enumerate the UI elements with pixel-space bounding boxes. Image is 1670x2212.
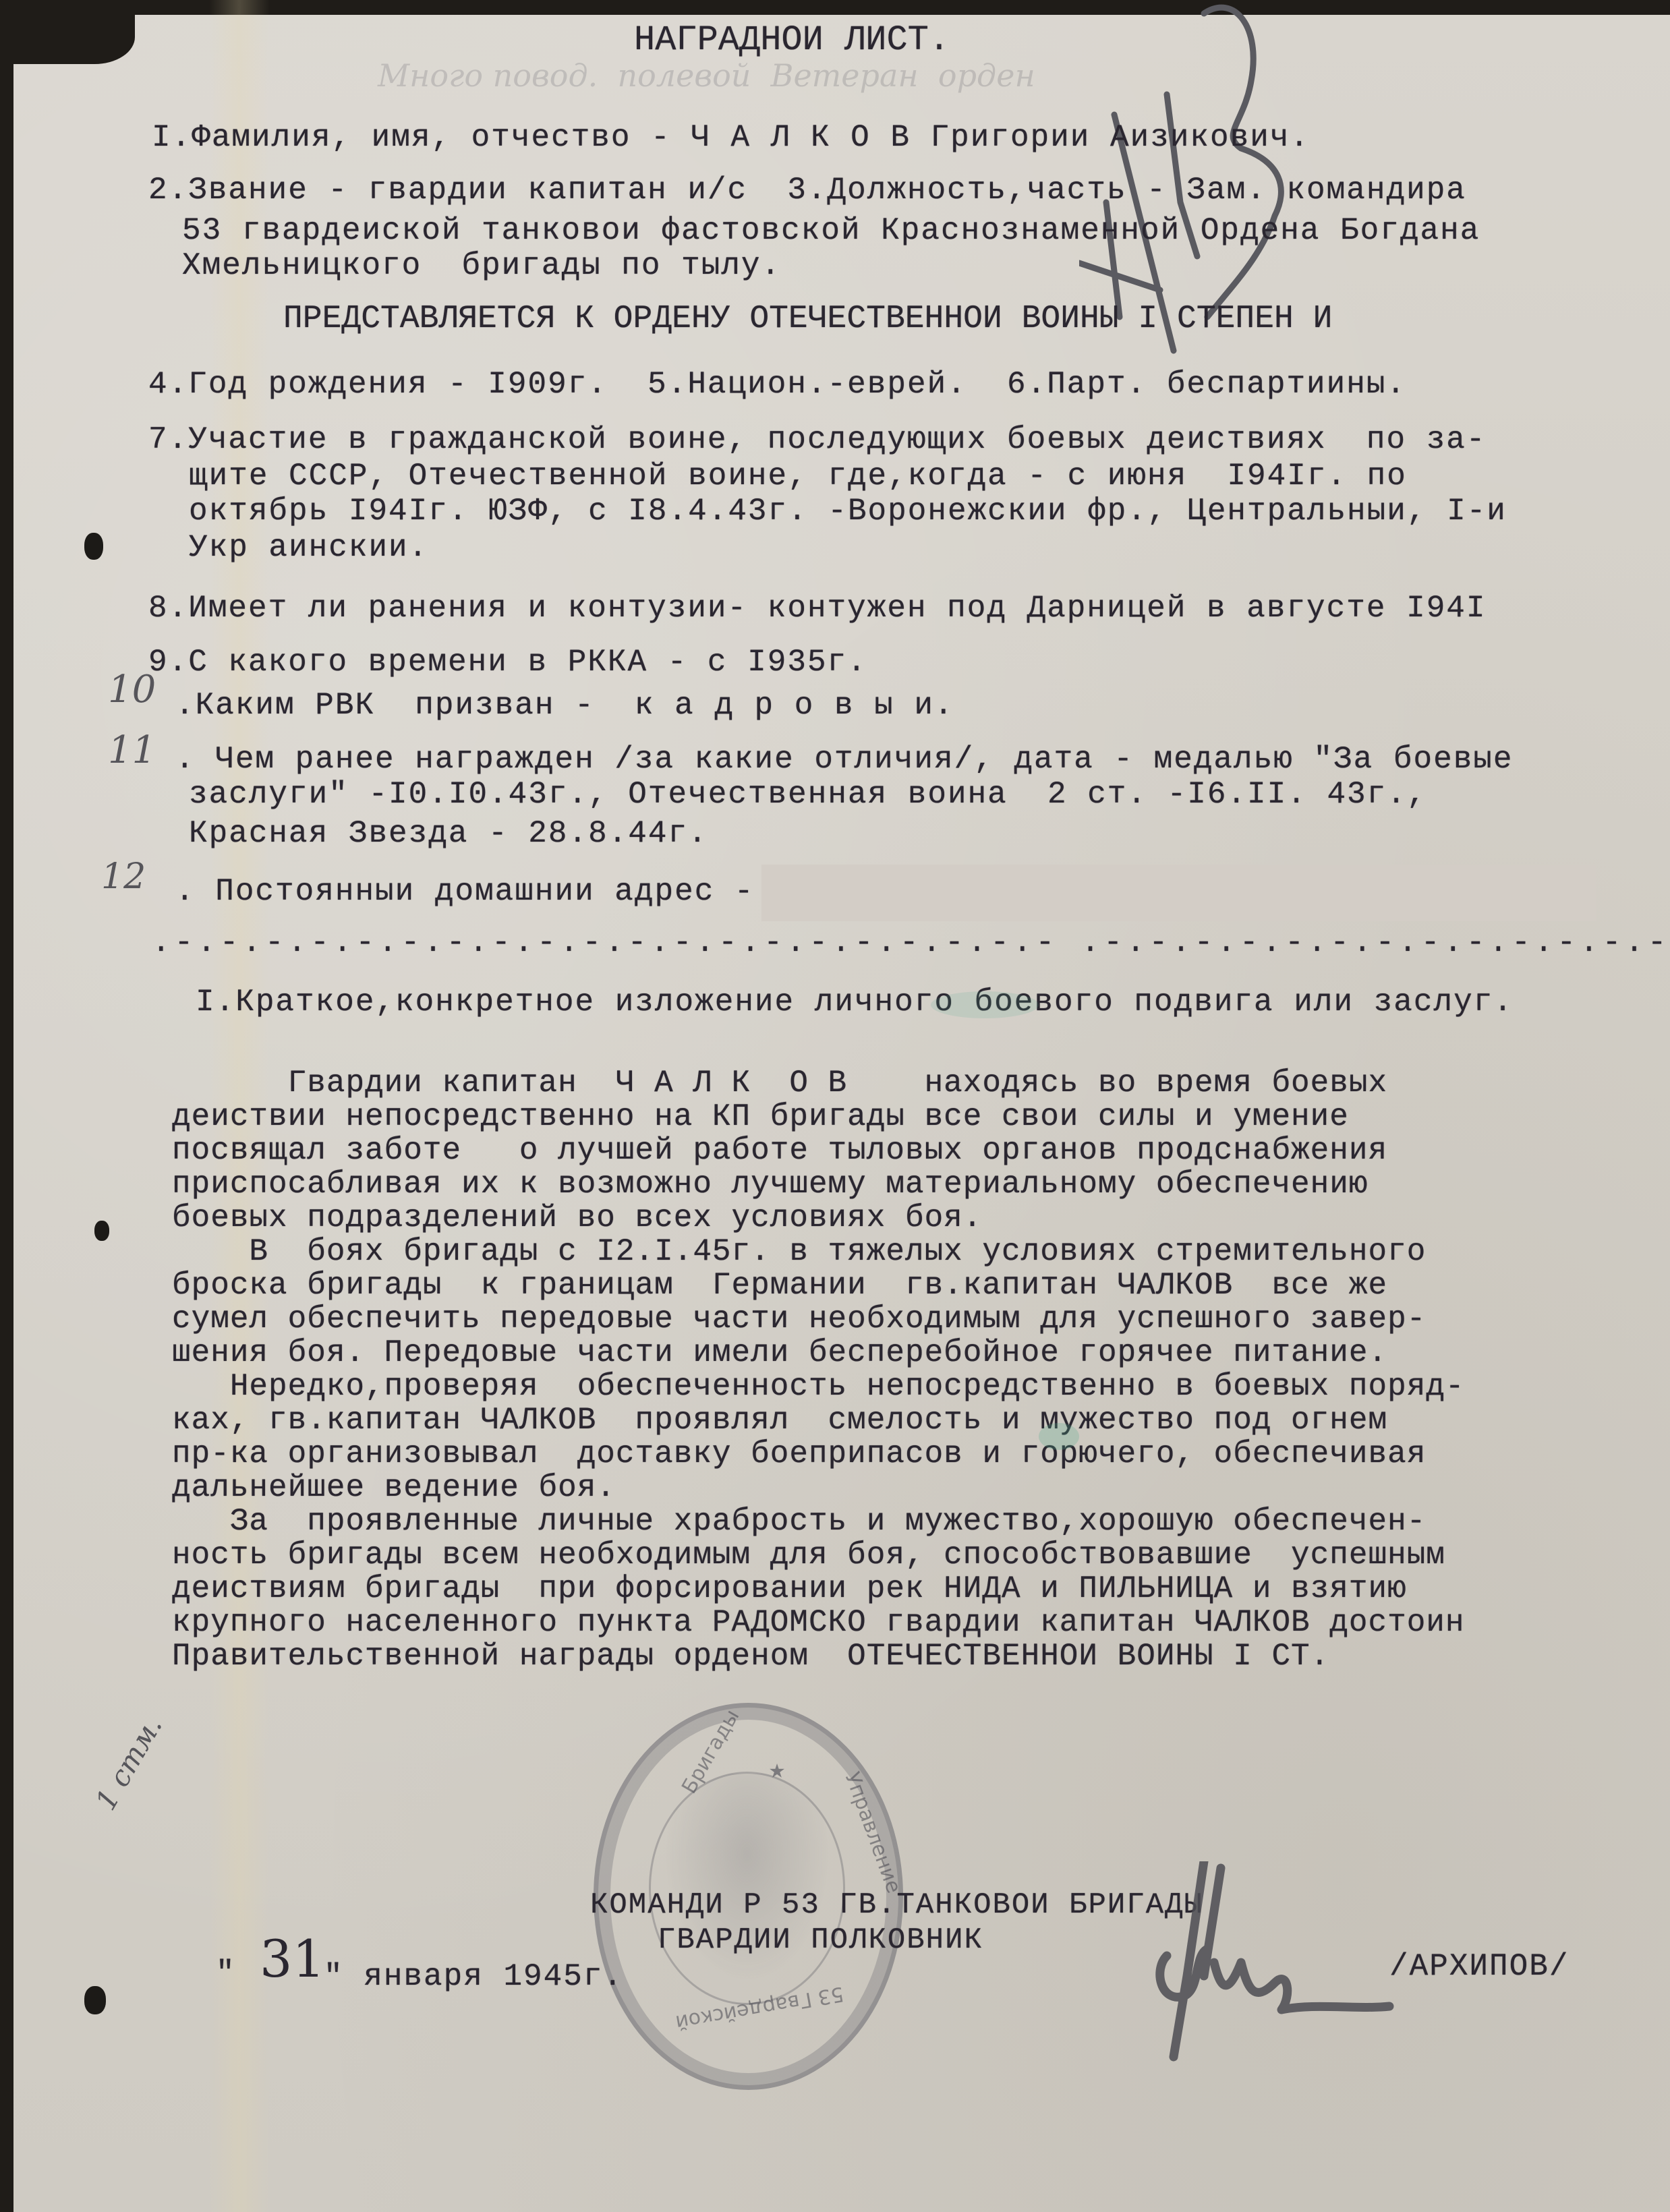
field-home-address-label: . Постоянныи домашнии адрес - bbox=[175, 874, 755, 909]
date-month-year: " января 1945г. bbox=[324, 1959, 623, 1994]
field-previous-awards-1: . Чем ранее награжден /за какие отличия/… bbox=[175, 742, 1514, 777]
narrative-line: В боях бригады с I2.I.45г. в тяжелых усл… bbox=[172, 1234, 1426, 1269]
narrative-line: За проявленные личные храбрость и мужест… bbox=[172, 1504, 1426, 1539]
section-divider: .-.-.-.-.-.-.-.-.-.-.-.-.-.-.-.-.-.-.-.-… bbox=[152, 925, 1670, 960]
bleed-through-text: Много повод. полевой Ветеран орден bbox=[378, 57, 1035, 94]
field-service-history-3: октябрь I94Iг. ЮЗФ, с I8.4.43г. -Воронеж… bbox=[189, 494, 1507, 529]
field-previous-awards-2: заслуги" -I0.I0.43г., Отечественная воин… bbox=[189, 777, 1427, 812]
narrative-line: ках, гв.капитан ЧАЛКОВ проявлял смелость… bbox=[172, 1403, 1387, 1438]
ink-smudge bbox=[1039, 1423, 1079, 1450]
field-wounds: 8.Имеет ли ранения и контузии- контужен … bbox=[148, 591, 1487, 626]
narrative-line: дальнейшее ведение боя. bbox=[172, 1470, 616, 1505]
field-service-history-2: щите СССР, Отечественной воине, где,когд… bbox=[189, 459, 1407, 494]
handwritten-number-10: 10 bbox=[108, 668, 156, 711]
signer-name: /АРХИПОВ/ bbox=[1389, 1949, 1569, 1984]
narrative-line: деиствии непосредственно на КП бригады в… bbox=[172, 1099, 1349, 1134]
narrative-line: ность бригады всем необходимым для боя, … bbox=[172, 1538, 1445, 1573]
narrative-line: шения боя. Передовые части имели беспере… bbox=[172, 1335, 1387, 1370]
narrative-line: боевых подразделений во всех условиях бо… bbox=[172, 1200, 982, 1235]
signer-position-line1: КОМАНДИ Р 53 ГВ.ТАНКОВОИ БРИГАДЫ bbox=[590, 1888, 1203, 1922]
narrative-line: броска бригады к границам Германии гв.ка… bbox=[172, 1268, 1387, 1303]
narrative-line: Гвардии капитан Ч А Л К О В находясь во … bbox=[172, 1066, 1387, 1101]
field-unit-line2: 53 гвардеиской танковои фастовской Красн… bbox=[182, 213, 1480, 248]
stamp-star-icon: ★ bbox=[769, 1753, 785, 1786]
binding-hole bbox=[84, 1986, 106, 2014]
presented-heading: ПРЕДСТАВЛЯЕТСЯ К ОРДЕНУ ОТЕЧЕСТВЕННОИ ВО… bbox=[283, 301, 1332, 337]
narrative-line: деиствиям бригады при форсировании рек Н… bbox=[172, 1571, 1407, 1606]
field-full-name: I.Фамилия, имя, отчество - Ч А Л К О В Г… bbox=[152, 120, 1310, 155]
narrative-line: пр-ка организовывал доставку боеприпасов… bbox=[172, 1436, 1426, 1472]
field-previous-awards-3: Красная Звезда - 28.8.44г. bbox=[189, 816, 708, 851]
field-service-history-1: 7.Участие в гражданской воине, последующ… bbox=[148, 422, 1487, 457]
ink-smudge bbox=[931, 991, 1039, 1018]
document-title: НАГРАДНОИ ЛИСТ. bbox=[634, 20, 950, 60]
field-birth-nationality-party: 4.Год рождения - I909г. 5.Национ.-еврей.… bbox=[148, 367, 1406, 402]
signer-position-line2: ГВАРДИИ ПОЛКОВНИК bbox=[658, 1923, 983, 1957]
field-service-history-4: Укр аинскии. bbox=[189, 530, 428, 565]
field-rkka-since: 9.С какого времени в РККА - с I935г. bbox=[148, 645, 867, 680]
address-redaction-box bbox=[761, 865, 1596, 921]
section-heading-feat: I.Краткое,конкретное изложение личного б… bbox=[196, 985, 1514, 1020]
torn-corner bbox=[0, 0, 135, 64]
field-unit-line3: Хмельницкого бригады по тылу. bbox=[182, 248, 781, 283]
field-rank-position: 2.Звание - гвардии капитан и/с 3.Должнос… bbox=[148, 173, 1466, 208]
commander-signature bbox=[1147, 1861, 1416, 2064]
binding-hole bbox=[84, 533, 103, 560]
date-quote-open: " bbox=[216, 1956, 236, 1991]
handwritten-number-11: 11 bbox=[108, 728, 156, 772]
narrative-line: приспосабливая их к возможно лучшему мат… bbox=[172, 1167, 1368, 1202]
narrative-line: Правительственной награды орденом ОТЕЧЕС… bbox=[172, 1639, 1329, 1674]
narrative-line: посвящал заботе о лучшей работе тыловых … bbox=[172, 1133, 1387, 1168]
field-draft-office: .Каким РВК призван - к а д р о в ы и. bbox=[175, 688, 954, 723]
date-day-handwritten: 31 bbox=[260, 1929, 325, 1989]
narrative-line: Нередко,проверяя обеспеченность непосред… bbox=[172, 1369, 1465, 1404]
narrative-line: сумел обеспечить передовые части необход… bbox=[172, 1302, 1426, 1337]
binding-hole bbox=[94, 1221, 109, 1241]
narrative-line: крупного населенного пункта РАДОМСКО гва… bbox=[172, 1605, 1465, 1640]
handwritten-number-12: 12 bbox=[101, 856, 146, 897]
